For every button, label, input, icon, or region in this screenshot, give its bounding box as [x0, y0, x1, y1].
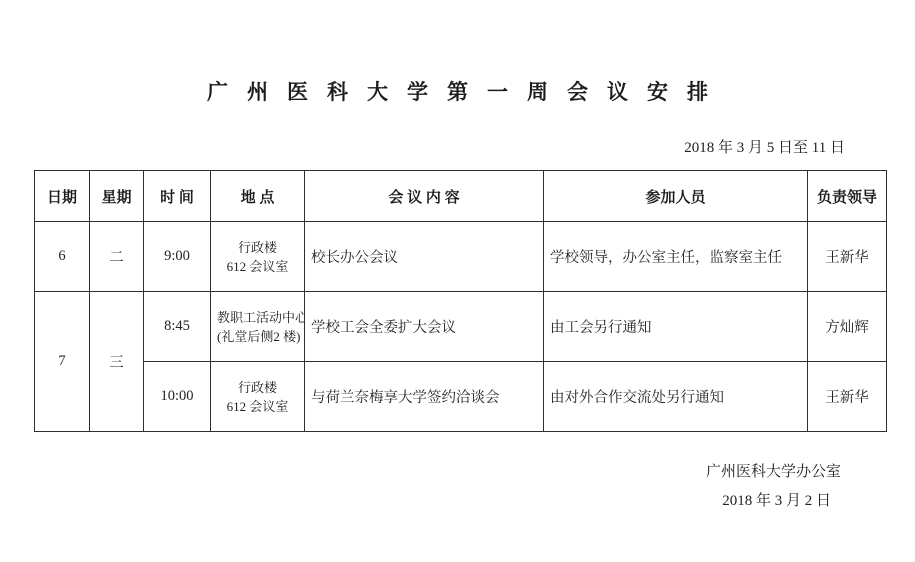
location-line-1: 行政楼 [217, 378, 298, 397]
col-header-location: 地 点 [211, 171, 305, 222]
col-header-week: 星期 [90, 171, 144, 222]
cell-content: 学校工会全委扩大会议 [305, 292, 544, 362]
cell-date: 6 [35, 222, 90, 292]
location-line-2: 612 会议室 [217, 397, 298, 416]
location-line-1: 行政楼 [217, 238, 298, 257]
cell-leader: 方灿辉 [808, 292, 887, 362]
footer-org: 广州医科大学办公室 [0, 462, 915, 482]
cell-participants: 由工会另行通知 [544, 292, 808, 362]
cell-time: 8:45 [144, 292, 211, 362]
location-line-2: 612 会议室 [217, 257, 298, 276]
cell-leader: 王新华 [808, 222, 887, 292]
cell-content: 与荷兰奈梅享大学签约洽谈会 [305, 362, 544, 432]
cell-time: 10:00 [144, 362, 211, 432]
col-header-participants: 参加人员 [544, 171, 808, 222]
cell-week: 二 [90, 222, 144, 292]
table-header-row: 日期 星期 时 间 地 点 会 议 内 容 参加人员 负责领导 [35, 171, 887, 222]
footer: 广州医科大学办公室 2018 年 3 月 2 日 [0, 462, 915, 511]
table-row: 6 二 9:00 行政楼 612 会议室 校长办公会议 学校领导，办公室主任，监… [35, 222, 887, 292]
col-header-content: 会 议 内 容 [305, 171, 544, 222]
location-line-1: 教职工活动中心 [217, 308, 298, 327]
cell-location: 行政楼 612 会议室 [211, 362, 305, 432]
table-row: 7 三 8:45 教职工活动中心 (礼堂后侧2 楼) 学校工会全委扩大会议 由工… [35, 292, 887, 362]
col-header-leader: 负责领导 [808, 171, 887, 222]
table-row: 10:00 行政楼 612 会议室 与荷兰奈梅享大学签约洽谈会 由对外合作交流处… [35, 362, 887, 432]
cell-location: 教职工活动中心 (礼堂后侧2 楼) [211, 292, 305, 362]
cell-content: 校长办公会议 [305, 222, 544, 292]
footer-date: 2018 年 3 月 2 日 [0, 491, 915, 511]
cell-leader: 王新华 [808, 362, 887, 432]
cell-week: 三 [90, 292, 144, 432]
location-line-2: (礼堂后侧2 楼) [217, 327, 298, 346]
cell-location: 行政楼 612 会议室 [211, 222, 305, 292]
page-title: 广州医科大学第一周会议安排 [0, 0, 915, 106]
cell-participants: 学校领导，办公室主任，监察室主任 [544, 222, 808, 292]
col-header-time: 时 间 [144, 171, 211, 222]
cell-time: 9:00 [144, 222, 211, 292]
date-range: 2018 年 3 月 5 日至 11 日 [0, 136, 915, 157]
document-page: 广州医科大学第一周会议安排 2018 年 3 月 5 日至 11 日 日期 星期… [0, 0, 915, 562]
schedule-table: 日期 星期 时 间 地 点 会 议 内 容 参加人员 负责领导 6 二 9:00… [34, 170, 887, 432]
col-header-date: 日期 [35, 171, 90, 222]
cell-date: 7 [35, 292, 90, 432]
cell-participants: 由对外合作交流处另行通知 [544, 362, 808, 432]
